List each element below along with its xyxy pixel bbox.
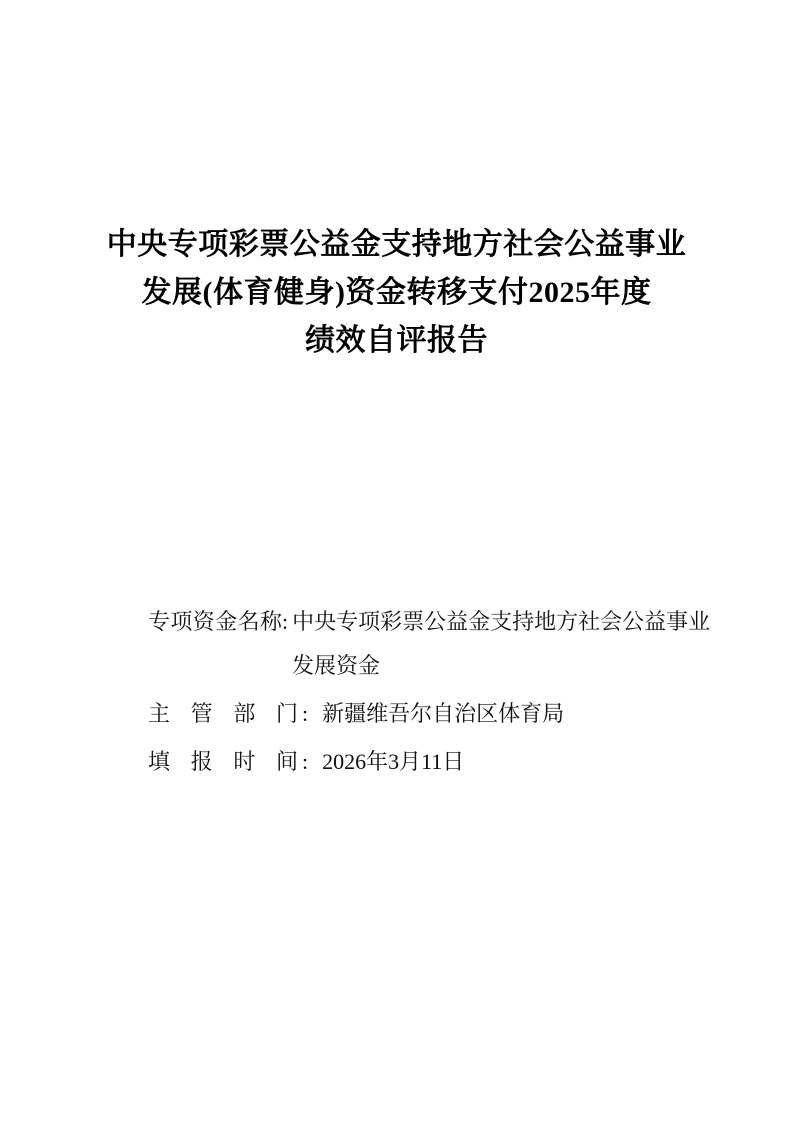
department-value: 新疆维吾尔自治区体育局 xyxy=(322,690,564,738)
report-date-colon: : xyxy=(302,738,308,786)
cover-info-block: 专项资金名称:中央专项彩票公益金支持地方社会公益事业 发展资金 主 管 部 门:… xyxy=(148,600,718,786)
report-title-line-2: 发展(体育健身)资金转移支付2025年度 xyxy=(0,269,793,317)
field-report-date: 填 报 时 间:2026年3月11日 xyxy=(148,738,718,786)
report-title-line-3: 绩效自评报告 xyxy=(0,317,793,365)
report-date-label: 填 报 时 间 xyxy=(148,738,298,786)
field-department: 主 管 部 门:新疆维吾尔自治区体育局 xyxy=(148,690,718,738)
field-fund-name-continued: 发展资金 xyxy=(148,644,718,688)
report-title-line-1: 中央专项彩票公益金支持地方社会公益事业 xyxy=(0,221,793,269)
fund-name-value-line1: 中央专项彩票公益金支持地方社会公益事业 xyxy=(292,600,710,644)
department-colon: : xyxy=(302,690,308,738)
field-fund-name: 专项资金名称:中央专项彩票公益金支持地方社会公益事业 xyxy=(148,600,718,644)
report-date-value: 2026年3月11日 xyxy=(322,738,464,786)
fund-name-colon: : xyxy=(282,600,288,644)
report-cover-page: 中央专项彩票公益金支持地方社会公益事业 发展(体育健身)资金转移支付2025年度… xyxy=(0,0,793,1126)
fund-name-label: 专项资金名称 xyxy=(148,600,282,644)
department-label: 主 管 部 门 xyxy=(148,690,298,738)
fund-name-value-line2: 发展资金 xyxy=(292,644,380,688)
report-title: 中央专项彩票公益金支持地方社会公益事业 发展(体育健身)资金转移支付2025年度… xyxy=(0,221,793,365)
